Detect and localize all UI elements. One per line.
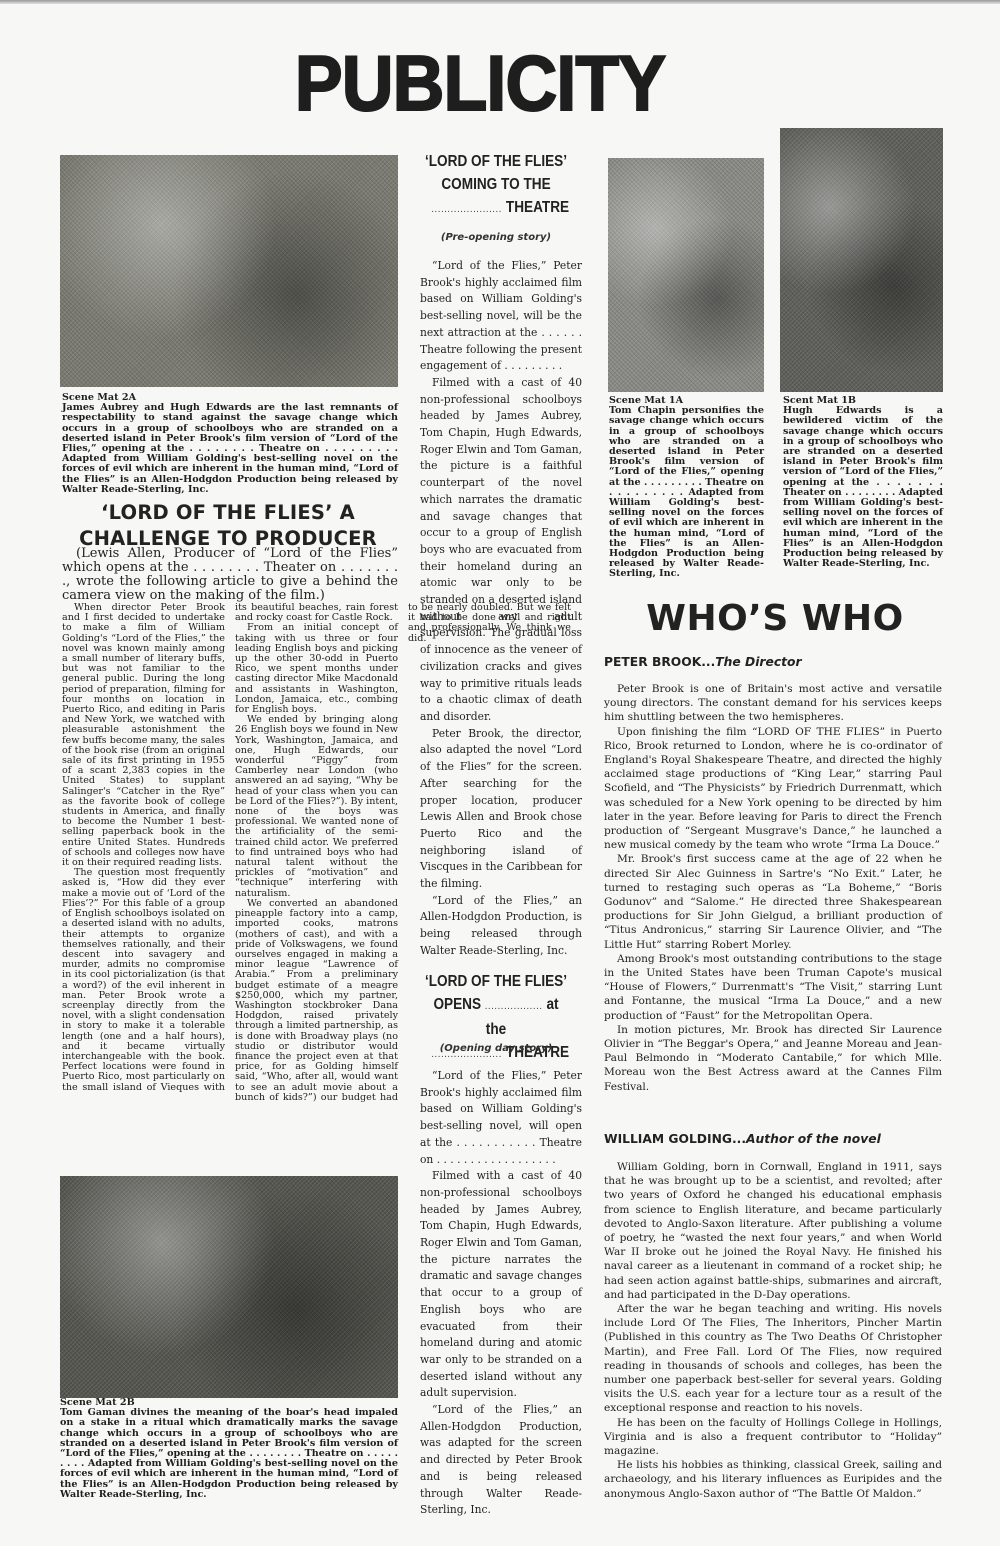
challenge-article-body: When director Peter Brook and I first de… — [62, 603, 398, 1113]
person-role: The Director — [715, 655, 801, 669]
story-paragraph: “Lord of the Flies,” Peter Brook's highl… — [420, 1068, 582, 1168]
story-paragraph: Filmed with a cast of 40 non-professiona… — [420, 375, 582, 726]
article-paragraph: From an initial concept of taking with u… — [235, 623, 398, 715]
person-role: Author of the novel — [746, 1132, 881, 1146]
heading-separator: ... — [732, 1132, 746, 1146]
headline-line: ‘LORD OF THE FLIES’ — [423, 150, 569, 173]
headline-line: OPENS .................. at the — [423, 993, 569, 1041]
whos-who-title: WHO’S WHO — [620, 598, 930, 640]
story-paragraph: Filmed with a cast of 40 non-professiona… — [420, 1168, 582, 1402]
caption-text: Tom Gaman divines the meaning of the boa… — [60, 1407, 398, 1500]
william-golding-heading: WILLIAM GOLDING...Author of the novel — [604, 1132, 881, 1146]
caption-scene-mat-2b: Scene Mat 2B Tom Gaman divines the meani… — [60, 1398, 398, 1500]
bio-paragraph: Upon finishing the film “LORD OF THE FLI… — [604, 725, 942, 853]
caption-text: James Aubrey and Hugh Edwards are the la… — [62, 402, 398, 495]
blank-dots: .................. — [485, 1001, 543, 1012]
bio-paragraph: Mr. Brook's first success came at the ag… — [604, 852, 942, 951]
pre-opening-story-subtitle: (Pre-opening story) — [410, 232, 582, 243]
peter-brook-bio: Peter Brook is one of Britain's most act… — [604, 682, 942, 1094]
bio-paragraph: Among Brook's most outstanding contribut… — [604, 952, 942, 1023]
article-paragraph: When director Peter Brook and I first de… — [62, 603, 225, 868]
story-paragraph: Peter Brook, the director, also adapted … — [420, 726, 582, 893]
peter-brook-heading: PETER BROOK...The Director — [604, 655, 802, 669]
headline-line: COMING TO THE — [423, 173, 569, 196]
page-edge — [0, 0, 1000, 4]
bio-paragraph: He lists his hobbies as thinking, classi… — [604, 1458, 942, 1501]
caption-scene-mat-1a: Scene Mat 1A Tom Chapin personifies the … — [609, 396, 764, 580]
bio-paragraph: William Golding, born in Cornwall, Engla… — [604, 1160, 942, 1302]
challenge-article-title: ‘LORD OF THE FLIES’ A CHALLENGE TO PRODU… — [58, 500, 398, 552]
photo-scene-mat-2b — [60, 1176, 398, 1398]
challenge-article-intro: (Lewis Allen, Producer of “Lord of the F… — [62, 547, 398, 603]
story-paragraph: “Lord of the Flies,” an Allen-Hodgdon Pr… — [420, 1402, 582, 1519]
story-paragraph: “Lord of the Flies,” Peter Brook's highl… — [420, 258, 582, 375]
photo-scene-mat-1b — [780, 128, 943, 392]
article-paragraph: We ended by bringing along 26 English bo… — [235, 715, 398, 899]
photo-scene-mat-1a — [608, 158, 764, 392]
headline-line: ...................... THEATRE — [423, 196, 569, 221]
pre-opening-story-headline: ‘LORD OF THE FLIES’ COMING TO THE ......… — [423, 150, 569, 221]
bio-paragraph: Peter Brook is one of Britain's most act… — [604, 682, 942, 725]
bio-paragraph: He has been on the faculty of Hollings C… — [604, 1416, 942, 1459]
heading-separator: ... — [701, 655, 715, 669]
headline-line: ‘LORD OF THE FLIES’ — [423, 970, 569, 993]
opening-day-story-subtitle: (Opening day story) — [410, 1043, 582, 1054]
opening-day-story-body: “Lord of the Flies,” Peter Brook's highl… — [420, 1068, 582, 1519]
person-name: PETER BROOK — [604, 655, 701, 669]
pre-opening-story-body: “Lord of the Flies,” Peter Brook's highl… — [420, 258, 582, 960]
bio-paragraph: In motion pictures, Mr. Brook has direct… — [604, 1023, 942, 1094]
caption-scene-mat-1b: Scent Mat 1B Hugh Edwards is a bewildere… — [783, 396, 943, 569]
bio-paragraph: After the war he began teaching and writ… — [604, 1302, 942, 1416]
person-name: WILLIAM GOLDING — [604, 1132, 732, 1146]
masthead-title: PUBLICITY — [250, 46, 710, 120]
caption-text: Hugh Edwards is a bewildered victim of t… — [783, 405, 943, 569]
william-golding-bio: William Golding, born in Cornwall, Engla… — [604, 1160, 942, 1501]
story-paragraph: “Lord of the Flies,” an Allen-Hodgdon Pr… — [420, 893, 582, 960]
caption-text: Tom Chapin personifies the savage change… — [609, 405, 764, 579]
caption-scene-mat-2a: Scene Mat 2A James Aubrey and Hugh Edwar… — [62, 393, 398, 495]
headline-word: THEATRE — [506, 199, 569, 216]
photo-scene-mat-2a — [60, 155, 398, 387]
headline-word: OPENS — [433, 996, 481, 1013]
blank-dots: ...................... — [431, 204, 502, 215]
